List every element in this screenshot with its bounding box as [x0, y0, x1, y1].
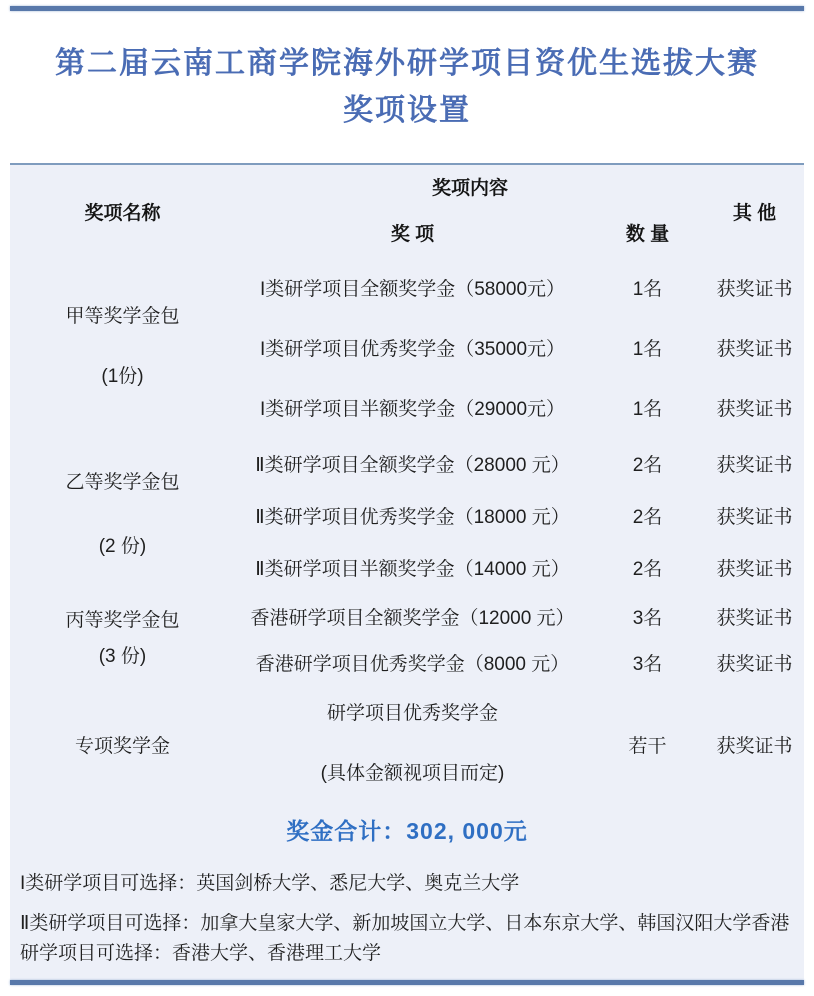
award-qty: 1名: [590, 377, 705, 437]
award-item: 研学项目优秀奖学金 (具体金额视项目而定): [235, 685, 590, 803]
group-name-line: 甲等奖学金包: [10, 304, 235, 330]
award-item: 香港研学项目优秀奖学金（8000 元）: [235, 639, 590, 685]
note-type1-options: I类研学项目可选择：英国剑桥大学、悉尼大学、奥克兰大学: [20, 869, 794, 899]
award-group-name-b: 乙等奖学金包 (2 份): [10, 437, 235, 593]
special-item-line: 研学项目优秀奖学金: [235, 701, 590, 727]
award-qty: 2名: [590, 489, 705, 541]
award-item: I类研学项目优秀奖学金（35000元）: [235, 317, 590, 377]
award-item: Ⅱ类研学项目优秀奖学金（18000 元）: [235, 489, 590, 541]
awards-panel: 奖项名称 奖项内容 其 他 奖 项 数 量 甲等奖学金包 (1份) I类研学项目…: [10, 163, 804, 980]
announcement-sheet: 第二届云南工商学院海外研学项目资优生选拔大赛 奖项设置 奖项名称 奖项内容 其 …: [0, 0, 814, 996]
award-item: 香港研学项目全额奖学金（12000 元）: [235, 593, 590, 639]
total-amount: 奖金合计：302, 000元: [10, 809, 804, 853]
award-item: Ⅱ类研学项目半额奖学金（14000 元）: [235, 541, 590, 593]
award-cert: 获奖证书: [705, 437, 804, 489]
col-header-other: 其 他: [705, 165, 804, 257]
award-cert: 获奖证书: [705, 593, 804, 639]
award-cert: 获奖证书: [705, 639, 804, 685]
title-line-2: 奖项设置: [0, 87, 814, 134]
col-header-item: 奖 项: [235, 207, 590, 257]
award-group-name-special: 专项奖学金: [10, 685, 235, 803]
page-title: 第二届云南工商学院海外研学项目资优生选拔大赛 奖项设置: [0, 40, 814, 134]
award-qty: 1名: [590, 317, 705, 377]
group-count-line: (2 份): [10, 534, 235, 560]
award-cert: 获奖证书: [705, 489, 804, 541]
award-qty: 3名: [590, 593, 705, 639]
awards-table: 奖项名称 奖项内容 其 他 奖 项 数 量 甲等奖学金包 (1份) I类研学项目…: [10, 165, 804, 803]
award-cert: 获奖证书: [705, 377, 804, 437]
award-cert: 获奖证书: [705, 685, 804, 803]
award-qty: 3名: [590, 639, 705, 685]
award-item: I类研学项目半额奖学金（29000元）: [235, 377, 590, 437]
footnotes: I类研学项目可选择：英国剑桥大学、悉尼大学、奥克兰大学 Ⅱ类研学项目可选择：加拿…: [10, 869, 804, 969]
award-item: Ⅱ类研学项目全额奖学金（28000 元）: [235, 437, 590, 489]
award-qty: 2名: [590, 541, 705, 593]
award-cert: 获奖证书: [705, 317, 804, 377]
award-group-name-a: 甲等奖学金包 (1份): [10, 257, 235, 437]
group-count-line: (1份): [10, 364, 235, 390]
table-row: 乙等奖学金包 (2 份) Ⅱ类研学项目全额奖学金（28000 元） 2名 获奖证…: [10, 437, 804, 489]
award-item: I类研学项目全额奖学金（58000元）: [235, 257, 590, 317]
award-qty: 2名: [590, 437, 705, 489]
top-divider: [10, 6, 804, 11]
group-name-line: 丙等奖学金包: [10, 608, 235, 634]
title-line-1: 第二届云南工商学院海外研学项目资优生选拔大赛: [0, 40, 814, 87]
table-row: 丙等奖学金包 (3 份) 香港研学项目全额奖学金（12000 元） 3名 获奖证…: [10, 593, 804, 639]
group-name-line: 乙等奖学金包: [10, 470, 235, 496]
col-header-award-content: 奖项内容: [235, 165, 705, 207]
col-header-award-name: 奖项名称: [10, 165, 235, 257]
award-qty: 1名: [590, 257, 705, 317]
bottom-divider: [10, 980, 804, 985]
col-header-qty: 数 量: [590, 207, 705, 257]
note-type2-hk-options: Ⅱ类研学项目可选择：加拿大皇家大学、新加坡国立大学、日本东京大学、韩国汉阳大学香…: [20, 909, 794, 969]
award-cert: 获奖证书: [705, 257, 804, 317]
group-count-line: (3 份): [10, 644, 235, 670]
award-cert: 获奖证书: [705, 541, 804, 593]
award-qty: 若干: [590, 685, 705, 803]
special-item-note: (具体金额视项目而定): [235, 761, 590, 787]
award-group-name-c: 丙等奖学金包 (3 份): [10, 593, 235, 685]
table-row: 甲等奖学金包 (1份) I类研学项目全额奖学金（58000元） 1名 获奖证书: [10, 257, 804, 317]
table-row: 专项奖学金 研学项目优秀奖学金 (具体金额视项目而定) 若干 获奖证书: [10, 685, 804, 803]
